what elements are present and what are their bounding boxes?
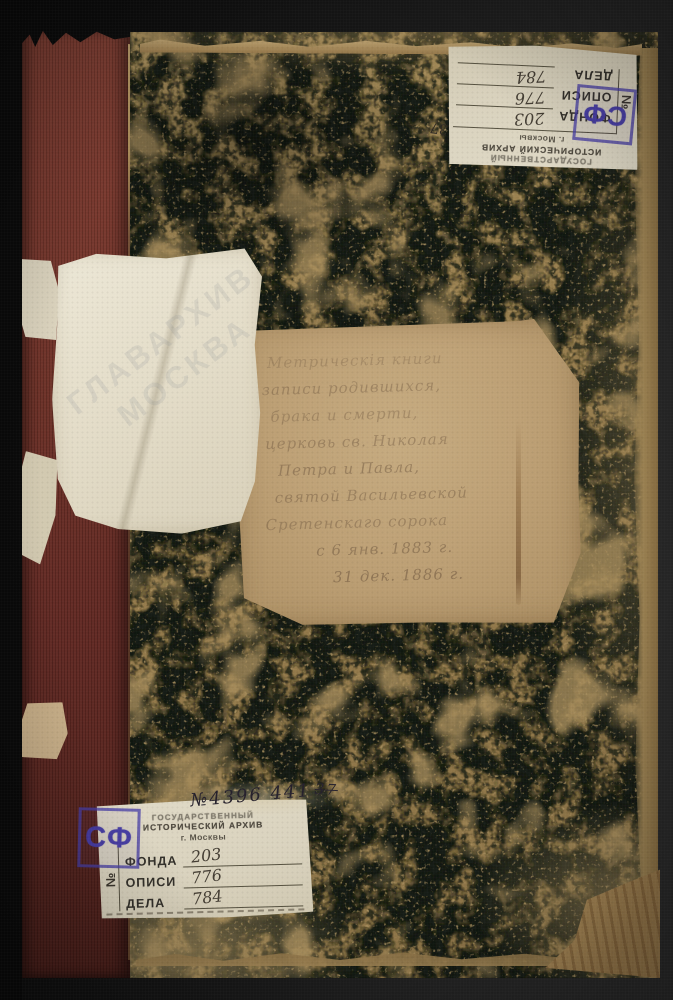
delo-label: ДЕЛА [126,896,184,912]
label-rows: ФОНДА 203 ОПИСИ 776 ДЕЛА 784 [118,842,306,911]
numero-symbol: № [103,871,118,887]
photo-left-edge [0,0,22,1000]
photo-of-archival-book-cover: Метрическія книги записи родившихся, бра… [0,0,673,1000]
delo-label: ДЕЛА [554,66,613,83]
opis-value: 776 [456,83,554,108]
opis-number: 776 [190,865,223,887]
opis-label: ОПИСИ [125,875,183,891]
delo-number: 784 [515,67,546,87]
opis-number: 776 [514,88,545,108]
faded-title-handwriting: Метрическія книги записи родившихся, бра… [259,342,566,593]
delo-value: 784 [184,885,304,909]
fond-number: 203 [514,109,545,129]
fond-number: 203 [190,844,223,866]
sf-stamp: СФ [77,807,141,869]
handwritten-note-37: 37 [429,119,449,137]
fond-value: 203 [455,104,553,129]
archive-label-top-upside-down: ГОСУДАРСТВЕННЫЙ ИСТОРИЧЕСКИЙ АРХИВ г. Мо… [443,42,642,172]
sf-stamp: СФ [572,84,637,145]
delo-number: 784 [191,886,224,908]
delo-value: 784 [457,62,555,87]
crossed-out-number: 37 [314,780,338,799]
